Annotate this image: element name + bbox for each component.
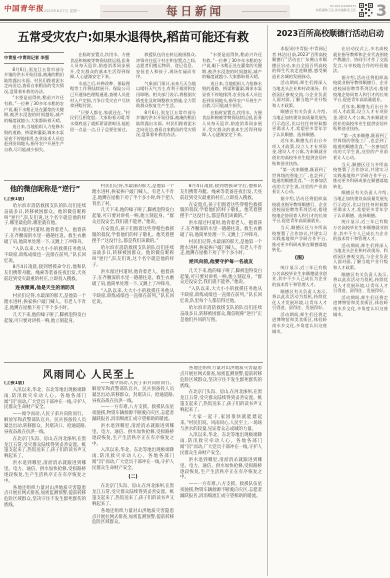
body-paragraph: 村民们记得,水最深的那天,是他第一个蹚水进村,挨家挨户敲门喊人。有老人不肯走,他… [4,294,86,312]
article-divider-2 [4,362,263,363]
main-article-column-1: 中青报·中青网记者 李强 8月6日,黑龙江五常市部分乡镇的洪水开始回落,被淹的稻… [4,52,64,178]
body-paragraph: 村民们记得,水最深的那天,是他第一个蹚水进村,挨家挨户敲门喊人。有老人不肯走,他… [92,184,174,207]
page-number: 3 [374,0,389,21]
body-paragraph: 8月6日,黑龙江五常市部分乡镇的洪水开始回落,被淹的稻田陆续露出水面。村民们蹚着… [4,67,64,95]
right-article-column-2: 在启动仪式上,多名高校就业指导教师和企业代表围绕产教融合、协同引才作了交流发言,… [333,46,388,576]
body-paragraph: 统计显示,近三年已有数万名高校毕业生来顺德就业创业,其中不少人已成长为企业的技术… [333,219,388,241]
body-paragraph: 顺德区有关负责人表示,将以此次活动为契机,持续优化人才发展环境,让青年人才引得进… [333,272,388,294]
body-paragraph: 据介绍,活动还将组织高校就业指导教师顺德行、企业进校园招聘等系列活动,搭建校地企… [333,75,388,103]
body-paragraph: 活动期间,师生们将深入当地龙头企业和村改现场、科创园区参观交流,与企业负责人面对… [272,80,327,108]
body-paragraph: 洪水退到哪里,清淤消杀就跟进到哪里。电力、通信、供水加快抢修,受损路桥逐段恢复,… [92,424,174,447]
main-article-byline: 中青报·中青网记者 李强 [4,52,64,64]
header-editors: 本版编辑/王品 美术编辑/张玉佳 [316,8,356,12]
body-paragraph: “只要人都在,家就还在。”村民们互相宽慰。大家盼着天晴,等水彻底退了就抓紧清淤晾… [70,110,130,132]
body-paragraph: 几天下来,他的嗓子哑了,脚被泡得发白起皱,可只要对讲机一响,他立刻起身。 [4,313,86,325]
body-paragraph: 连日来,当地组织人力抢修水毁的道路、桥梁和灌渠,调来水泵昼夜不停地排涝,农业技术… [4,124,64,152]
body-paragraph: 洪水退到哪里,清淤消杀就跟进到哪里。电力、通信、供水加快抢修,受损路桥逐段恢复,… [4,461,86,484]
qr-code-icon [359,3,373,17]
body-paragraph: “大家一起干,家园很快就能建起来。”村民们说。风雨同心,人民至上,一场场与洪水的… [180,415,262,433]
body-paragraph: 在北京门头沟、房山,在河北涿州,在黑龙江五常,受灾群众陆续得到妥善安置。帐篷支起… [180,390,262,413]
body-paragraph: 各地还组织力量对山洪地质灾害隐患点开展拉网式排查,加密监测预警,提前转移危险区域… [180,366,262,389]
body-paragraph: 顺德区有关负责人介绍,当地正加快建设高质量发展先行示范区,比以往任何时候都更渴求… [272,109,327,137]
main-article-column-4: “水要是退得快,稻苗兴许还有救。”一位种了30多年水稻的农户说,眼下水稻正处在灌… [202,52,262,178]
body-paragraph: 洪水漫过村道时,他背着老人、抱着孩子,在齐腰深的水里一趟趟往返。救生衣磨破了肩,… [180,221,262,239]
mid-article-column-3: 8月4日凌晨,接到增援命令后,他和队友们携带舟艇、绳索等装备连夜出发,天亮前赶到… [180,184,262,360]
bottom-article-column-3: 各地还组织力量对山洪地质灾害隐患点开展拉网式排查,加密监测预警,提前转移危险区域… [180,366,262,576]
body-paragraph: 哈尔滨市消防救援支队的队员们连续奋战多日,转移被困群众。他的微信昵称叫“逆行”,… [92,246,174,269]
body-paragraph: 近年来,顺德先后出台多项人才政策,设立人才专项资金,建设人才公寓,为来顺就业创业… [272,138,327,166]
body-paragraph: 在安置点,孩子们围着这些穿橙色救援服的叔叔,学着他们的样子敬礼。他笑着摆摆手:“… [92,227,174,245]
body-paragraph: 入汛以来,华北、东北等地出现极端降雨,防汛救灾牵动人心。各地各部门闻“汛”而动,… [180,433,262,456]
body-paragraph: “第一次来顺德,既看到了世界级的智能工厂,也尝到了地道的顺德美食。”一名参加活动… [333,133,388,161]
continued-from-note: (上接1版) [4,197,86,203]
newspaper-masthead-logo: 中国青年报 [4,3,45,14]
header-rule-light [0,22,390,23]
body-paragraph: 入汛以来,华北、东北等地出现极端降雨,防汛救灾牵动人心。各地各部门闻“汛”而动,… [4,388,86,411]
right-article-column-1: 本报讯(中青报·中青网记者 林洁)日前,2023“百所高校顺德行”活动在广东佛山… [272,46,327,576]
body-paragraph: 洪水漫过村道时,他背着老人、抱着孩子,在齐腰深的水里一趟趟往返。救生衣磨破了肩,… [4,228,86,246]
body-paragraph: 活动期间,师生们还将走进博物馆和美食街区,体验岭南水乡文化,多角度认识这座城市。 [333,295,388,317]
body-paragraph: 本报讯(中青报·中青网记者 林洁)日前,2023“百所高校顺德行”活动在广东佛山… [272,46,327,79]
body-paragraph: “入队以来,大大小小的救援任务他从不缺席,训练成绩也一直排在前列。”队长回忆说。 [4,247,86,265]
body-paragraph: 当天,顺德区还与多所高校签署了合作协议,共建实习实践基地和产学研合作平台,推动更… [272,225,327,253]
bottom-article-headline: 风雨同心 人民至上 [4,366,174,381]
body-paragraph: 在北京门头沟、房山,在河北涿州,在黑龙江五常,受灾群众陆续得到妥善安置。帐篷支起… [4,437,86,460]
body-paragraph: 在临时安置点,饮用水、方便食品和棉被等物资陆续运抵,医务人员每天巡诊,防疫消杀同… [70,52,130,80]
body-paragraph: 活动期间,师生们将深入当地龙头企业和村改现场、科创园区参观交流,与企业负责人面对… [333,243,388,271]
body-paragraph: “水要是退得快,稻苗兴许还有救。”一位种了30多年水稻的农户说,眼下水稻正处在灌… [202,52,262,80]
body-paragraph: 救援队伍仍在转运被困群众,冲锋舟往返于村庄和安置点之间,志愿者们搬运物资、登记信… [136,52,196,80]
body-paragraph: “入队以来,大大小小的救援任务他从不缺席,训练成绩也一直排在前列。”队长回忆说。 [92,289,174,307]
header-rule [0,19,390,21]
section-marker: (图) [272,256,327,262]
newspaper-page: { "colors": {"accent_red": "#b53a33", "s… [0,0,390,578]
body-paragraph: 8月4日凌晨,接到增援命令后,他和队友们携带舟艇、绳索等装备连夜出发,天亮前赶到… [180,184,262,202]
section-marker: (二) [92,475,174,481]
main-article-column-2: 在临时安置点,饮用水、方便食品和棉被等物资陆续运抵,医务人员每天巡诊,防疫消杀同… [70,52,130,178]
bottom-article-column-2: ——闻令而动,人民子弟兵向险而行。解放军和武警部队官兵、民兵预备役人员紧急出动,… [92,381,174,576]
body-paragraph: 在北京门头沟、房山,在河北涿州,在黑龙江五常,受灾群众陆续得到妥善安置。帐篷支起… [92,484,174,507]
body-paragraph: 水退之后,补种改种、保险理赔等工作将陆续展开。保险公司已开通绿色理赔通道,查勘人… [70,81,130,109]
body-paragraph: 统计显示,近三年已有数万名高校毕业生来顺德就业创业,其中不少人已成长为企业的技术… [272,265,327,287]
body-paragraph: 顺德区有关负责人介绍,当地正加快建设高质量发展先行示范区,比以往任何时候都更渴求… [333,190,388,218]
column-subhead: 逆风向前,他要守护每一名战友 [180,260,262,266]
body-paragraph: 顺德区有关负责人表示,将以此次活动为契机,持续优化人才发展环境,让青年人才引得进… [272,289,327,311]
body-paragraph: ——一方有难,八方支援。救援队伍星夜驰援,物资车辆源源不断驶向灾区,志愿者踊跃报… [180,482,262,500]
column-subhead: 连夜撤离,他是天生的消防员 [4,286,86,292]
main-article-column-3: 救援队伍仍在转运被困群众,冲锋舟往返于村庄和安置点之间,志愿者们搬运物资、登记信… [136,52,196,178]
body-paragraph: 哈尔滨市消防救援支队的队员们连续奋战多日,转移被困群众。他的微信昵称叫“逆行”,… [4,204,86,227]
body-paragraph: “入队以来,大大小小的救援任务他从不缺席,训练成绩也一直排在前列。”队长回忆说,… [180,287,262,305]
body-paragraph: 洪水退到哪里,清淤消杀就跟进到哪里。电力、通信、供水加快抢修,受损路桥逐段恢复,… [180,458,262,481]
right-article-headline: 2023百所高校顺德行活动启动 [271,28,389,39]
body-paragraph: 入汛以来,华北、东北等地出现极端降雨,防汛救灾牵动人心。各地各部门闻“汛”而动,… [92,448,174,471]
mid-article-column-1: (上接1版)哈尔滨市消防救援支队的队员们连续奋战多日,转移被困群众。他的微信昵称… [4,197,86,360]
body-paragraph: “水要是退得快,稻苗兴许还有救。”一位种了30多年水稻的农户说,眼下水稻正处在灌… [4,95,64,123]
body-paragraph: 当天,顺德区还与多所高校签署了合作协议,共建实习实践基地和产学研合作平台,推动更… [333,162,388,190]
body-paragraph: “第一次来顺德,既看到了世界级的智能工厂,也尝到了地道的顺德美食。”一名参加活动… [272,167,327,195]
body-paragraph: 各地还组织力量对山洪地质灾害隐患点开展拉网式排查,加密监测预警,提前转移危险区域… [4,486,86,509]
body-paragraph: 据介绍,活动还将组织高校就业指导教师顺德行、企业进校园招聘等系列活动,搭建校地企… [272,196,327,224]
masthead-date: 2023年8月7日 星期一 [44,8,80,13]
body-paragraph: 洪水漫过村道时,他背着老人、抱着孩子,在齐腰深的水里一趟趟往返。救生衣磨破了肩,… [92,270,174,288]
body-paragraph: 在安置点,孩子们围着这些穿橙色救援服的叔叔,学着他们的样子敬礼。他笑着摆摆手:“… [180,203,262,221]
main-article-col1-flow: 8月6日,黑龙江五常市部分乡镇的洪水开始回落,被淹的稻田陆续露出水面。村民们蹚着… [4,67,64,153]
body-paragraph: 几天下来,他的嗓子哑了,脚被泡得发白起皱,可只要对讲机一响,他立刻起身。“群众还… [180,269,262,287]
header-contact-block: Tel:010-64098333 本版编辑/王品 美术编辑/张玉佳 [316,4,356,13]
mid-article-column-2: 村民们记得,水最深的那天,是他第一个蹚水进村,挨家挨户敲门喊人。有老人不肯走,他… [92,184,174,360]
body-paragraph: ——闻令而动,人民子弟兵向险而行。解放军和武警部队官兵、民兵预备役人员紧急出动,… [92,381,174,404]
body-paragraph: 近年来,顺德先后出台多项人才政策,设立人才专项资金,建设人才公寓,为来顺就业创业… [333,104,388,132]
body-paragraph: ——闻令而动,人民子弟兵向险而行。解放军和武警部队官兵、民兵预备役人员紧急出动,… [4,412,86,435]
bottom-article-column-1: (上接1版)入汛以来,华北、东北等地出现极端降雨,防汛救灾牵动人心。各地各部门闻… [4,381,86,576]
body-paragraph: 哈尔滨市消防救援支队的队员们连续奋战多日,转移被困群众,微信昵称“逆行”正是他们… [180,306,262,324]
body-paragraph: 村民们记得,水最深的那天,是他第一个蹚水进村,挨家挨户敲门喊人。有老人不肯走,他… [180,240,262,258]
body-paragraph: 几天下来,他的嗓子哑了,脚被泡得发白起皱,可只要对讲机一响,他立刻起身。“群众还… [92,208,174,226]
body-paragraph: 连日来,当地组织人力抢修水毁的道路、桥梁和灌渠,调来水泵昼夜不停地排涝,农业技术… [202,81,262,109]
continued-from-note: (上接1版) [4,381,86,387]
body-paragraph: 8月4日凌晨,接到增援命令后,他和队友们携带舟艇、绳索等装备连夜出发,天亮前赶到… [4,265,86,283]
body-paragraph: ——一方有难,八方支援。救援队伍星夜驰援,物资车辆源源不断驶向灾区,志愿者踊跃报… [92,405,174,423]
vertical-column-rule [267,25,268,576]
main-article-headline: 五常受灾农户:如果水退得快,稻苗可能还有救 [2,28,264,45]
body-paragraph: 活动期间,师生们还将走进博物馆和美食街区,体验岭南水乡文化,多角度认识这座城市。 [272,312,327,334]
mid-article-headline: 他的微信昵称是“逆行” [4,184,86,194]
article-divider-1 [4,180,263,181]
body-paragraph: 在启动仪式上,多名高校就业指导教师和企业代表围绕产教融合、协同引才作了交流发言,… [333,46,388,74]
body-paragraph: 在临时安置点,饮用水、方便食品和棉被等物资陆续运抵,医务人员每天巡诊,防疫消杀同… [202,110,262,138]
body-paragraph: 气象部门预计,未来几天当地以晴好天气为主,有利于排涝和农田晾晒。相关部门表示,将… [136,81,196,109]
section-title: 每日新闻 [100,3,290,19]
body-paragraph: 8月6日,黑龙江五常市部分乡镇的洪水开始回落,被淹的稻田陆续露出水面。村民们蹚着… [136,110,196,138]
body-paragraph: 各地还组织力量对山洪地质灾害隐患点开展拉网式排查,加密监测预警,提前转移危险区域… [92,509,174,527]
